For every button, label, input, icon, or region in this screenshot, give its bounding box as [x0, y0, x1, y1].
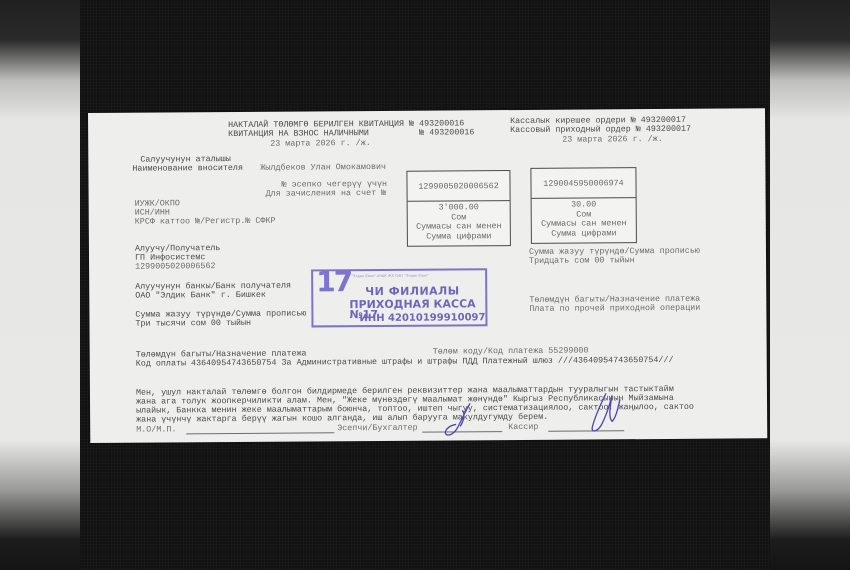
cashier-label: Кассир — [508, 422, 538, 432]
sum-words-value-left: Три тысячи сом 00 тыйын — [135, 318, 251, 329]
seal-label: М.О/М.П. — [136, 424, 176, 434]
amount-label-ru-right: Сумма цифрами — [532, 229, 636, 239]
receiver-account: 1299005020006562 — [135, 261, 215, 272]
sfkr-label: КРСФ каттоо №/Регистр.№ СФКР — [135, 216, 276, 227]
stamp-number: 17 — [316, 277, 351, 287]
amount-box-right: 1290045950006974 30.00 Сом Суммасы сан м… — [530, 167, 637, 244]
account-number-left: 1299005020006562 — [407, 171, 509, 202]
payer-name: Жылдбеков Улан Омокамович — [260, 162, 386, 173]
receiver-bank-name: ОАО "Элдик Банк" г. Бишкек — [135, 290, 266, 301]
purpose-value-right: Плата по прочей приходной операции — [529, 303, 700, 314]
order-date: 23 марта 2026 г. /ж. — [562, 134, 663, 145]
seal-line — [186, 432, 334, 434]
receipt-date: 23 марта 2026 г. /ж. — [270, 138, 371, 149]
accountant-signature-icon — [440, 400, 480, 440]
amount-box-left: 1299005020006562 3'000.00 Сом Суммасы са… — [406, 170, 511, 247]
cash-receipt-document: НАКТАЛАЙ ТӨЛӨМГӨ БЕРИЛГЕН КВИТАНЦИЯ № 49… — [88, 108, 767, 443]
order-title-ru: Кассовый приходный ордер № 493200017 — [510, 124, 691, 135]
sum-words-value-right: Тридцать сом 00 тыйын — [529, 255, 635, 266]
amount-label-ru-left: Сумма цифрами — [408, 232, 510, 242]
cashier-signature-icon — [586, 389, 626, 435]
accountant-label: Эсепчи/Бухгалтер — [337, 423, 417, 434]
stamp-branch: ЧИ ФИЛИАЛЫ — [365, 286, 460, 297]
payer-label-ru: Наименование вносителя — [132, 163, 243, 174]
bank-stamp: 17 "Элдик Банк" АЧАК ЖК ОАО "Элдик Банк"… — [311, 268, 487, 327]
account-label-ru: Для зачисления на счет № — [266, 188, 387, 199]
account-number-right: 1290045950006974 — [531, 168, 635, 199]
stamp-inn: ИНН 42010199910097 — [359, 313, 485, 324]
stamp-small-text: "Элдик Банк" АЧАК ЖК ОАО "Элдик Банк" — [351, 273, 486, 278]
